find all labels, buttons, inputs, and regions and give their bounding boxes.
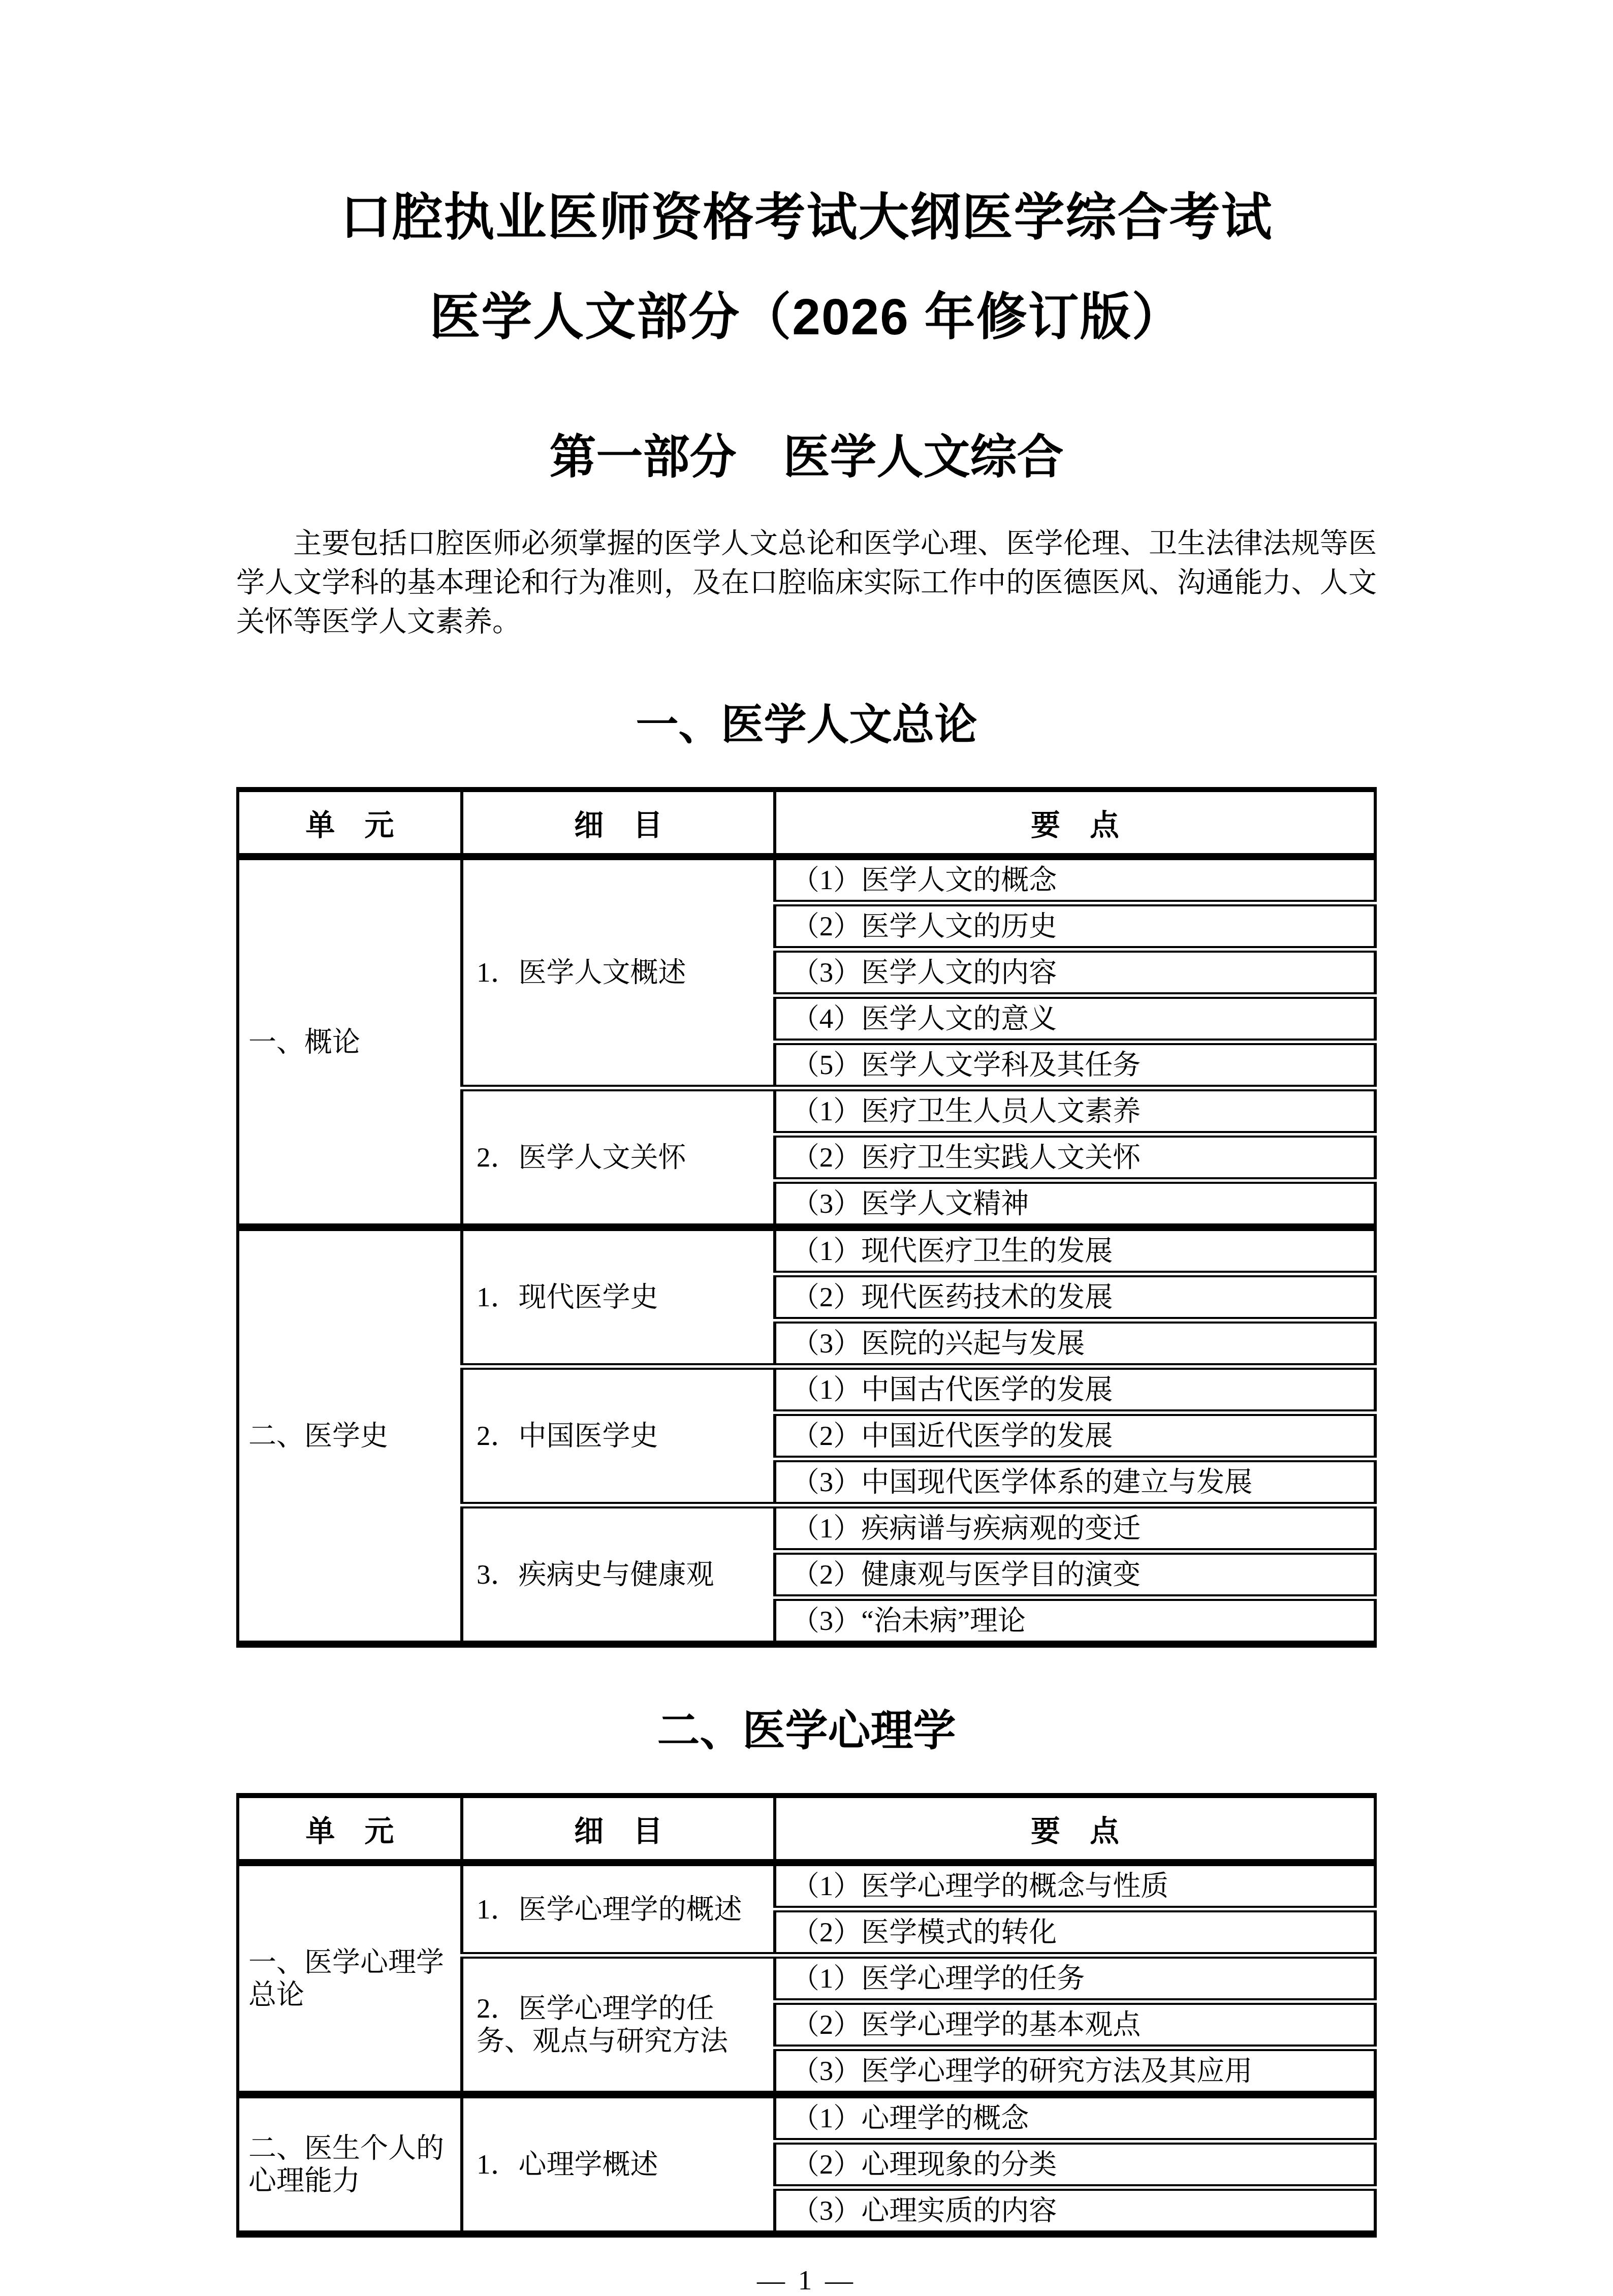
- table-row: 二、医生个人的心理能力1．心理学概述（1）心理学的概念: [238, 2095, 1375, 2142]
- unit-cell: 一、医学心理学总论: [238, 1863, 462, 2095]
- point-cell: （2）健康观与医学目的演变: [775, 1552, 1375, 1598]
- section-heading-1: 一、医学人文总论: [236, 697, 1377, 752]
- point-cell: （1）医学心理学的概念与性质: [775, 1863, 1375, 1909]
- point-cell: （1）疾病谱与疾病观的变迁: [775, 1505, 1375, 1552]
- detail-cell: 2．医学人文关怀: [462, 1088, 775, 1228]
- syllabus-table-1: 单 元 细 目 要 点 一、概论1．医学人文概述（1）医学人文的概念（2）医学人…: [236, 787, 1377, 1648]
- document-page: 口腔执业医师资格考试大纲医学综合考试 医学人文部分（2026 年修订版） 第一部…: [236, 0, 1377, 2296]
- section-medical-psychology: 二、医学心理学 单 元 细 目 要 点 一、医学心理学总论1．医学心理学的概述（…: [236, 1703, 1377, 2238]
- detail-cell: 1．医学心理学的概述: [462, 1863, 775, 1956]
- point-cell: （3）心理实质的内容: [775, 2188, 1375, 2235]
- unit-cell: 二、医学史: [238, 1228, 462, 1645]
- detail-cell: 1．心理学概述: [462, 2095, 775, 2235]
- point-cell: （3）医院的兴起与发展: [775, 1320, 1375, 1367]
- detail-cell: 2．中国医学史: [462, 1367, 775, 1505]
- point-cell: （5）医学人文学科及其任务: [775, 1042, 1375, 1088]
- title-line-2: 医学人文部分（2026 年修订版）: [236, 267, 1377, 367]
- point-cell: （1）医学心理学的任务: [775, 1956, 1375, 2002]
- point-cell: （3）医学心理学的研究方法及其应用: [775, 2048, 1375, 2095]
- point-cell: （1）中国古代医学的发展: [775, 1367, 1375, 1413]
- point-cell: （1）心理学的概念: [775, 2095, 1375, 2142]
- point-cell: （3）“治未病”理论: [775, 1598, 1375, 1645]
- table-header-row: 单 元 细 目 要 点: [238, 1796, 1375, 1863]
- part-heading: 第一部分 医学人文综合: [236, 427, 1377, 488]
- header-detail: 细 目: [462, 790, 775, 857]
- header-point: 要 点: [775, 790, 1375, 857]
- header-point: 要 点: [775, 1796, 1375, 1863]
- detail-cell: 1．医学人文概述: [462, 857, 775, 1088]
- detail-cell: 3．疾病史与健康观: [462, 1505, 775, 1645]
- syllabus-table-2: 单 元 细 目 要 点 一、医学心理学总论1．医学心理学的概述（1）医学心理学的…: [236, 1793, 1377, 2238]
- table-row: 二、医学史1．现代医学史（1）现代医疗卫生的发展: [238, 1228, 1375, 1274]
- point-cell: （2）医学人文的历史: [775, 903, 1375, 950]
- point-cell: （3）医学人文的内容: [775, 950, 1375, 996]
- document-title: 口腔执业医师资格考试大纲医学综合考试 医学人文部分（2026 年修订版）: [236, 168, 1377, 367]
- point-cell: （1）医疗卫生人员人文素养: [775, 1088, 1375, 1135]
- section-heading-2: 二、医学心理学: [236, 1703, 1377, 1758]
- header-unit: 单 元: [238, 1796, 462, 1863]
- header-detail: 细 目: [462, 1796, 775, 1863]
- intro-paragraph: 主要包括口腔医师必须掌握的医学人文总论和医学心理、医学伦理、卫生法律法规等医学人…: [236, 524, 1377, 642]
- detail-cell: 1．现代医学史: [462, 1228, 775, 1367]
- point-cell: （3）中国现代医学体系的建立与发展: [775, 1459, 1375, 1505]
- header-unit: 单 元: [238, 790, 462, 857]
- table-header-row: 单 元 细 目 要 点: [238, 790, 1375, 857]
- point-cell: （2）心理现象的分类: [775, 2142, 1375, 2188]
- point-cell: （4）医学人文的意义: [775, 996, 1375, 1042]
- point-cell: （2）医学模式的转化: [775, 1909, 1375, 1956]
- detail-cell: 2．医学心理学的任务、观点与研究方法: [462, 1956, 775, 2095]
- point-cell: （2）医疗卫生实践人文关怀: [775, 1135, 1375, 1181]
- table-row: 一、医学心理学总论1．医学心理学的概述（1）医学心理学的概念与性质: [238, 1863, 1375, 1909]
- section-medical-humanities-overview: 一、医学人文总论 单 元 细 目 要 点 一、概论1．医学人文概述（1）医学人文…: [236, 697, 1377, 1648]
- table-row: 一、概论1．医学人文概述（1）医学人文的概念: [238, 857, 1375, 903]
- point-cell: （1）医学人文的概念: [775, 857, 1375, 903]
- unit-cell: 二、医生个人的心理能力: [238, 2095, 462, 2235]
- point-cell: （2）中国近代医学的发展: [775, 1413, 1375, 1459]
- point-cell: （3）医学人文精神: [775, 1181, 1375, 1228]
- point-cell: （2）现代医药技术的发展: [775, 1274, 1375, 1320]
- point-cell: （2）医学心理学的基本观点: [775, 2002, 1375, 2048]
- unit-cell: 一、概论: [238, 857, 462, 1228]
- page-number: — 1 —: [236, 2264, 1377, 2296]
- point-cell: （1）现代医疗卫生的发展: [775, 1228, 1375, 1274]
- title-line-1: 口腔执业医师资格考试大纲医学综合考试: [236, 168, 1377, 267]
